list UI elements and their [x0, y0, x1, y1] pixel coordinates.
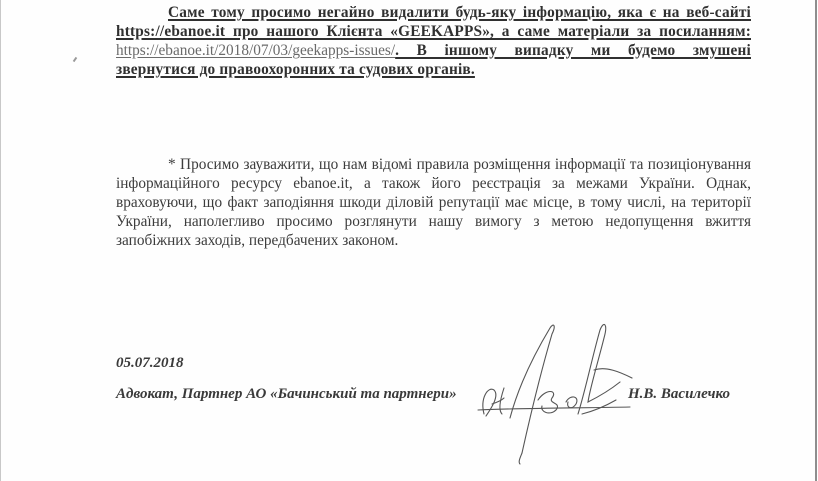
note-line-4: України, наполегливо просимо розглянути … [116, 212, 751, 231]
request-line-4: звернутися до правоохоронних та судових … [116, 60, 751, 79]
note-line-2: інформаційного ресурсу ebanoe.it, а тако… [116, 174, 751, 193]
scanned-letter-page: Саме тому просимо негайно видалити будь-… [0, 0, 818, 481]
scan-speck [73, 57, 78, 62]
request-line-2: https://ebanoe.it про нашого Клієнта «GE… [116, 22, 751, 41]
note-line-5: запобіжних заходів, передбачених законом… [116, 231, 751, 250]
article-link[interactable]: https://ebanoe.it/2018/07/03/geekapps-is… [116, 42, 395, 59]
handwritten-signature-icon [470, 318, 640, 468]
request-line-3: https://ebanoe.it/2018/07/03/geekapps-is… [116, 41, 751, 60]
page-left-edge [0, 0, 1, 481]
note-paragraph: * Просимо зауважити, що нам відомі прави… [116, 155, 751, 250]
signatory-name: Н.В. Василечко [628, 386, 730, 403]
request-line-1: Саме тому просимо негайно видалити будь-… [116, 3, 751, 22]
signatory-title: Адвокат, Партнер АО «Бачинський та партн… [116, 386, 457, 403]
letter-date: 05.07.2018 [116, 355, 184, 372]
page-right-edge [815, 0, 817, 481]
removal-request-paragraph: Саме тому просимо негайно видалити будь-… [116, 3, 751, 79]
note-line-3: враховуючи, що факт заподіяння шкоди діл… [116, 193, 751, 212]
note-line-1: * Просимо зауважити, що нам відомі прави… [116, 155, 751, 174]
